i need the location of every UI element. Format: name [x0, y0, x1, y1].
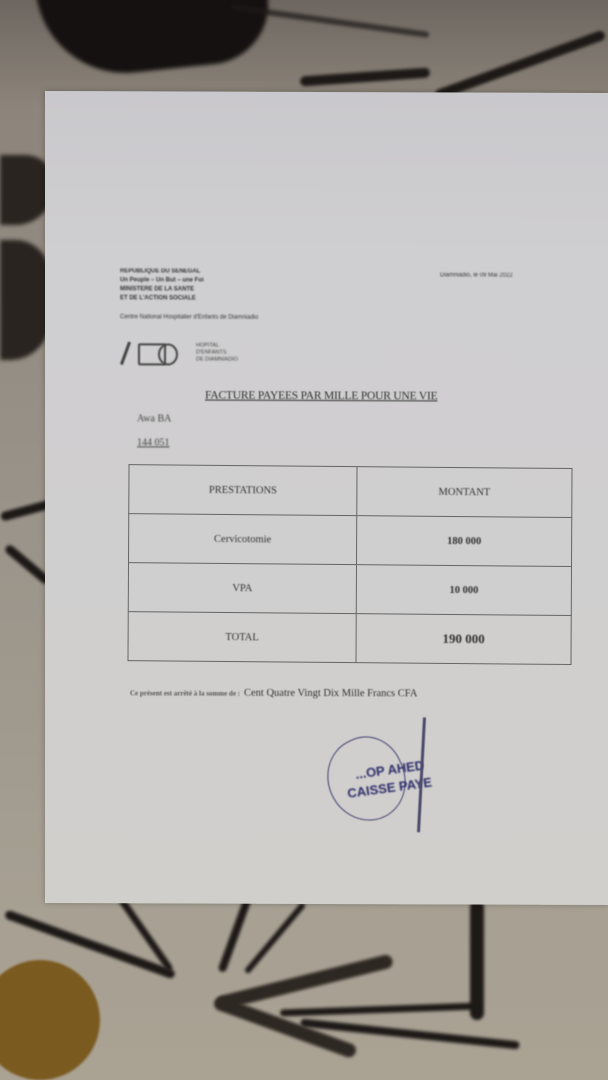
total-amount: 190 000 [356, 614, 571, 665]
table-header-row: PRESTATIONS MONTANT [129, 465, 572, 518]
payment-stamp: ...OP AHED CAISSE PAYE [325, 732, 435, 832]
place-date: Diamniadio, le 09 Mai 2022 [440, 272, 513, 278]
table-row: VPA 10 000 [128, 563, 571, 616]
institution-name: Centre National Hospitalier d'Enfants de… [120, 313, 258, 322]
fabric-pattern [36, 0, 274, 82]
fabric-pattern [434, 30, 607, 101]
hospital-logo: HOPITAL D'ENFANTS DE DIAMNIADIO [120, 337, 290, 368]
amount-cell: 10 000 [356, 565, 571, 616]
table-row: Cervicotomie 180 000 [129, 514, 572, 567]
amount-words-value: Cent Quatre Vingt Dix Mille Francs CFA [244, 688, 417, 700]
invoice-title: FACTURE PAYEES PAR MILLE POUR UNE VIE [205, 390, 437, 403]
header-left: REPUBLIQUE DU SENEGAL Un Peuple – Un But… [120, 267, 258, 322]
fabric-pattern [244, 902, 306, 975]
total-row: TOTAL 190 000 [128, 612, 571, 665]
logo-mark-icon [120, 339, 190, 365]
amount-words-label: Ce présent est arrêté à la somme de : [130, 689, 240, 697]
fabric-pattern [280, 1003, 480, 1017]
service-cell: VPA [128, 563, 356, 614]
patient-id: 144 051 [137, 437, 170, 448]
total-label: TOTAL [128, 612, 356, 663]
header-line: REPUBLIQUE DU SENEGAL [120, 267, 258, 276]
invoice-table: PRESTATIONS MONTANT Cervicotomie 180 000… [127, 464, 572, 665]
logo-text: HOPITAL D'ENFANTS DE DIAMNIADIO [196, 342, 238, 363]
amount-in-words: Ce présent est arrêté à la somme de : Ce… [130, 682, 417, 701]
amount-cell: 180 000 [356, 516, 571, 567]
header-line: MINISTERE DE LA SANTE [120, 285, 258, 294]
fabric-pattern [218, 895, 253, 973]
header-line: ET DE L'ACTION SOCIALE [120, 294, 258, 303]
fabric-pattern [216, 953, 394, 1010]
fabric-pattern [300, 67, 430, 86]
fabric-pattern [0, 240, 50, 360]
patient-name: Awa BA [137, 413, 171, 424]
invoice-paper: REPUBLIQUE DU SENEGAL Un Peuple – Un But… [45, 91, 608, 905]
header-line: Un Peuple – Un But – une Foi [120, 276, 258, 285]
column-header: MONTANT [357, 467, 572, 518]
column-header: PRESTATIONS [129, 465, 357, 516]
service-cell: Cervicotomie [129, 514, 357, 565]
fabric-pattern [0, 960, 100, 1080]
fabric-pattern [470, 900, 484, 1020]
